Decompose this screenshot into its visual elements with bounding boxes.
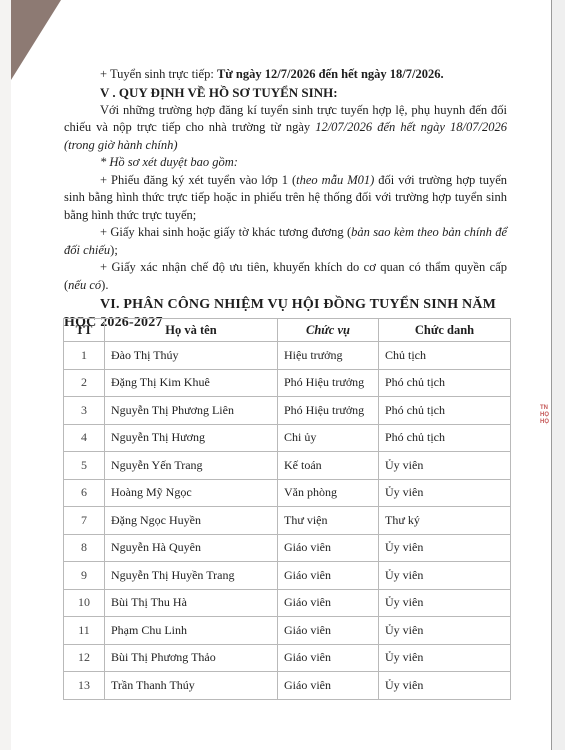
cell-name: Hoàng Mỹ Ngọc (105, 479, 278, 507)
direct-enrollment-line: + Tuyển sinh trực tiếp: Từ ngày 12/7/202… (64, 66, 507, 84)
table-row: 3Nguyễn Thị Phương LiênPhó Hiệu trưởngPh… (64, 397, 511, 425)
item-italic-text: theo mẫu M01) (296, 173, 374, 187)
table-row: 1Đào Thị ThúyHiệu trưởngChủ tịch (64, 342, 511, 370)
cell-position: Kế toán (278, 452, 379, 480)
item-text: + Giấy khai sinh hoặc giấy tờ khác tương… (100, 225, 351, 239)
section-v-paragraph: Với những trường hợp đăng kí tuyển sinh … (64, 102, 507, 155)
cell-title: Ủy viên (379, 644, 511, 672)
cell-title: Ủy viên (379, 672, 511, 700)
cell-position: Giáo viên (278, 589, 379, 617)
cell-tt: 2 (64, 369, 105, 397)
item-text: + Giấy xác nhận chế độ ưu tiên, khuyến k… (64, 260, 507, 292)
cell-name: Đặng Thị Kim Khuê (105, 369, 278, 397)
cell-position: Giáo viên (278, 644, 379, 672)
cell-position: Giáo viên (278, 534, 379, 562)
table-row: 9Nguyễn Thị Huyền TrangGiáo viênỦy viên (64, 562, 511, 590)
cell-name: Đào Thị Thúy (105, 342, 278, 370)
dossier-intro: * Hồ sơ xét duyệt bao gồm: (64, 154, 507, 172)
cell-title: Thư ký (379, 507, 511, 535)
header-name: Họ và tên (105, 319, 278, 342)
cell-position: Chi ủy (278, 424, 379, 452)
cell-title: Ủy viên (379, 479, 511, 507)
cell-name: Nguyễn Thị Phương Liên (105, 397, 278, 425)
table-row: 2Đặng Thị Kim KhuêPhó Hiệu trưởngPhó chủ… (64, 369, 511, 397)
cell-name: Đặng Ngọc Huyền (105, 507, 278, 535)
header-tt: TT (64, 319, 105, 342)
cell-title: Ủy viên (379, 452, 511, 480)
dossier-item-2: + Giấy khai sinh hoặc giấy tờ khác tương… (64, 224, 507, 259)
cell-title: Ủy viên (379, 562, 511, 590)
dossier-item-3: + Giấy xác nhận chế độ ưu tiên, khuyến k… (64, 259, 507, 294)
cell-name: Bùi Thị Thu Hà (105, 589, 278, 617)
item-text: ). (101, 278, 108, 292)
cell-name: Nguyễn Hà Quyên (105, 534, 278, 562)
cell-position: Giáo viên (278, 617, 379, 645)
cell-tt: 3 (64, 397, 105, 425)
cell-name: Nguyễn Thị Hương (105, 424, 278, 452)
cell-title: Ủy viên (379, 617, 511, 645)
table-row: 11Phạm Chu LinhGiáo viênỦy viên (64, 617, 511, 645)
cell-name: Nguyễn Thị Huyền Trang (105, 562, 278, 590)
table-row: 4Nguyễn Thị HươngChi ủyPhó chủ tịch (64, 424, 511, 452)
cell-title: Ủy viên (379, 534, 511, 562)
item-text: ); (110, 243, 118, 257)
table-row: 7Đặng Ngọc HuyềnThư việnThư ký (64, 507, 511, 535)
cell-position: Giáo viên (278, 672, 379, 700)
direct-enrollment-period: Từ ngày 12/7/2026 đến hết ngày 18/7/2026… (217, 67, 444, 81)
cell-tt: 11 (64, 617, 105, 645)
table-row: 8Nguyễn Hà QuyênGiáo viênỦy viên (64, 534, 511, 562)
cell-name: Nguyễn Yến Trang (105, 452, 278, 480)
page-edge (552, 0, 565, 750)
stamp-text: HỌ (540, 412, 549, 419)
cell-tt: 4 (64, 424, 105, 452)
table-row: 5Nguyễn Yến TrangKế toánỦy viên (64, 452, 511, 480)
table-header-row: TT Họ và tên Chức vụ Chức danh (64, 319, 511, 342)
cell-name: Bùi Thị Phương Thảo (105, 644, 278, 672)
header-position: Chức vụ (278, 319, 379, 342)
council-table: TT Họ và tên Chức vụ Chức danh 1Đào Thị … (63, 318, 511, 700)
cell-position: Giáo viên (278, 562, 379, 590)
cell-name: Phạm Chu Linh (105, 617, 278, 645)
cell-tt: 7 (64, 507, 105, 535)
cell-position: Hiệu trưởng (278, 342, 379, 370)
cell-tt: 10 (64, 589, 105, 617)
section-v: V . QUY ĐỊNH VỀ HỒ SƠ TUYỂN SINH: Với nh… (64, 84, 507, 331)
cell-title: Phó chủ tịch (379, 397, 511, 425)
cell-tt: 1 (64, 342, 105, 370)
direct-enrollment-label: + Tuyển sinh trực tiếp: (100, 67, 217, 81)
table-row: 6Hoàng Mỹ NgọcVăn phòngỦy viên (64, 479, 511, 507)
page-corner-fold (11, 0, 61, 80)
cell-position: Văn phòng (278, 479, 379, 507)
cell-title: Phó chủ tịch (379, 369, 511, 397)
header-title: Chức danh (379, 319, 511, 342)
cell-position: Phó Hiệu trưởng (278, 369, 379, 397)
cell-tt: 13 (64, 672, 105, 700)
table-row: 12Bùi Thị Phương ThảoGiáo viênỦy viên (64, 644, 511, 672)
cell-tt: 12 (64, 644, 105, 672)
table-row: 10Bùi Thị Thu HàGiáo viênỦy viên (64, 589, 511, 617)
dossier-item-1: + Phiếu đăng ký xét tuyển vào lớp 1 (the… (64, 172, 507, 225)
cell-title: Phó chủ tịch (379, 424, 511, 452)
cell-tt: 5 (64, 452, 105, 480)
stamp-text: HỌ (540, 419, 549, 426)
cell-position: Phó Hiệu trưởng (278, 397, 379, 425)
item-italic-text: nếu có (68, 278, 101, 292)
cell-title: Ủy viên (379, 589, 511, 617)
cell-position: Thư viện (278, 507, 379, 535)
cell-title: Chủ tịch (379, 342, 511, 370)
cell-tt: 6 (64, 479, 105, 507)
item-text: + Phiếu đăng ký xét tuyển vào lớp 1 ( (100, 173, 296, 187)
table-row: 13Trần Thanh ThúyGiáo viênỦy viên (64, 672, 511, 700)
stamp-fragment: TN HỌ HỌ (540, 405, 549, 426)
stamp-text: TN (540, 405, 549, 412)
section-v-heading: V . QUY ĐỊNH VỀ HỒ SƠ TUYỂN SINH: (64, 84, 507, 102)
cell-name: Trần Thanh Thúy (105, 672, 278, 700)
cell-tt: 8 (64, 534, 105, 562)
cell-tt: 9 (64, 562, 105, 590)
